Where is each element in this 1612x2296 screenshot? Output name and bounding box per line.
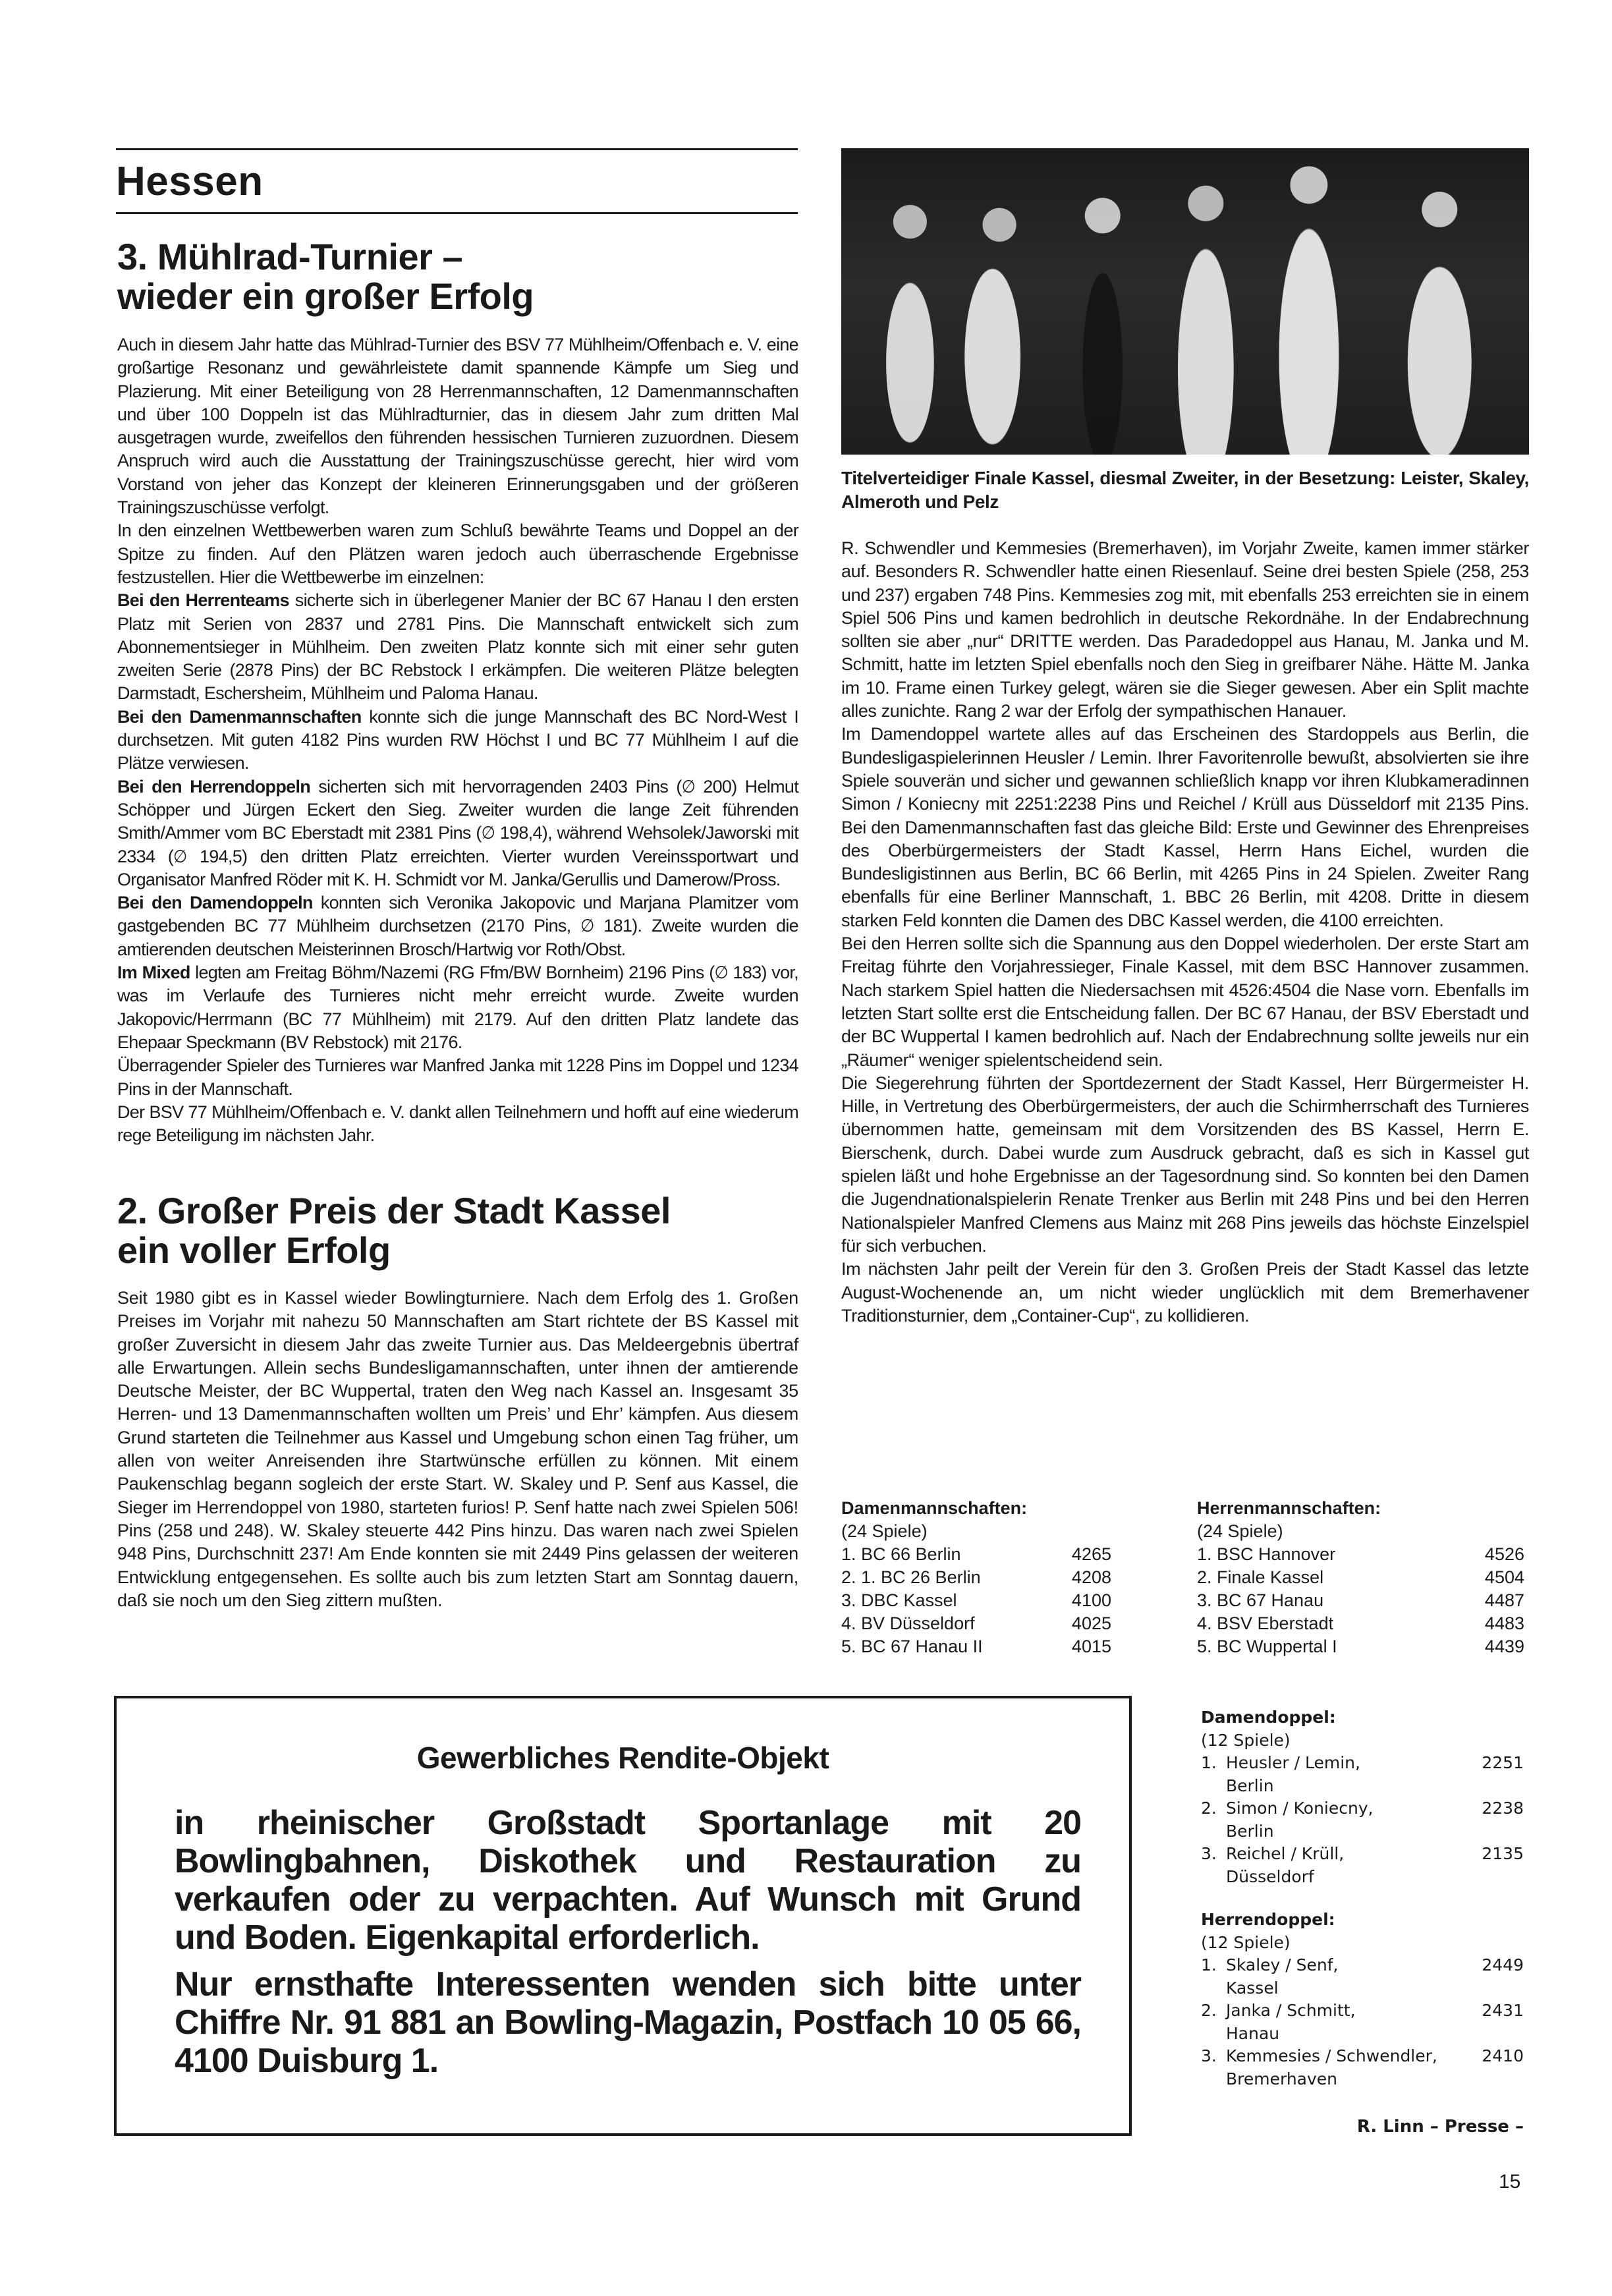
article1-paragraph: Der BSV 77 Mühlheim/Offenbach e. V. dank… [117,1101,798,1148]
results-subtitle: (24 Spiele) [841,1520,1111,1543]
result-row: 3.DBC Kassel4100 [841,1589,1111,1612]
author-credit: R. Linn – Presse – [1201,2117,1524,2137]
article1-body: Auch in diesem Jahr hatte das Mühlrad-Tu… [117,333,798,1147]
result-row: 4.BV Düsseldorf4025 [841,1612,1111,1635]
article2-paragraph: Im Damendoppel wartete alles auf das Ers… [841,723,1529,932]
results-subtitle: (12 Spiele) [1201,1932,1524,1955]
results-subtitle: (12 Spiele) [1201,1729,1524,1752]
result-row: 2.Janka / Schmitt,2431 [1201,2000,1524,2023]
results-title: Herrendoppel: [1201,1909,1524,1932]
result-row: 2.Finale Kassel4504 [1197,1566,1524,1589]
article1-paragraph: Überragender Spieler des Turnieres war M… [117,1054,798,1101]
results-herrenmannschaften: Herrenmannschaften: (24 Spiele) 1.BSC Ha… [1197,1497,1524,1658]
article2-title: 2. Großer Preis der Stadt Kassel ein vol… [117,1191,796,1270]
team-photo [841,148,1529,455]
section-rule-bottom [116,212,798,214]
result-row: 1.BSC Hannover4526 [1197,1543,1524,1566]
result-row: 1.BC 66 Berlin4265 [841,1543,1111,1566]
article2-left-body: Seit 1980 gibt es in Kassel wieder Bowli… [117,1287,798,1612]
ad-body: in rheinischer Großstadt Sportanlage mit… [175,1804,1081,1957]
article2-title-line2: ein voller Erfolg [117,1231,796,1270]
section-title: Hessen [116,161,264,202]
article2-paragraph: Seit 1980 gibt es in Kassel wieder Bowli… [117,1287,798,1612]
result-row: 3.Reichel / Krüll,2135 [1201,1843,1524,1866]
article1-title: 3. Mühlrad-Turnier – wieder ein großer E… [117,237,796,316]
section-rule-top [116,148,798,150]
article2-right-body: R. Schwendler und Kemmesies (Bremerhaven… [841,537,1529,1328]
page-number: 15 [1499,2171,1520,2193]
result-row: 2.Simon / Koniecny,2238 [1201,1797,1524,1820]
article1-paragraph-herrendoppeln: Bei den Herrendoppeln sicherten sich mit… [117,775,798,891]
article2-title-line1: 2. Großer Preis der Stadt Kassel [117,1191,796,1231]
article2-paragraph: R. Schwendler und Kemmesies (Bremerhaven… [841,537,1529,723]
results-damendoppel: Damendoppel: (12 Spiele) 1.Heusler / Lem… [1201,1706,1524,1888]
result-row: 5.BC Wuppertal I4439 [1197,1635,1524,1658]
result-row-city: Düsseldorf [1201,1866,1524,1889]
article1-paragraph: Auch in diesem Jahr hatte das Mühlrad-Tu… [117,333,798,519]
result-row: 1.Skaley / Senf,2449 [1201,1954,1524,1977]
article1-title-line2: wieder ein großer Erfolg [117,277,796,316]
result-row-city: Hanau [1201,2023,1524,2046]
article1-paragraph-mixed: Im Mixed legten am Freitag Böhm/Nazemi (… [117,961,798,1054]
results-subtitle: (24 Spiele) [1197,1520,1524,1543]
article1-title-line1: 3. Mühlrad-Turnier – [117,237,796,277]
photo-caption: Titelverteidiger Finale Kassel, diesmal … [841,466,1529,514]
result-row-city: Berlin [1201,1775,1524,1798]
article2-paragraph: Die Siegerehrung führten der Sportdezern… [841,1072,1529,1258]
result-row: 3.Kemmesies / Schwendler,2410 [1201,2045,1524,2068]
classified-ad: Gewerbliches Rendite-Objekt in rheinisch… [114,1696,1132,2136]
result-row: 5.BC 67 Hanau II4015 [841,1635,1111,1658]
result-row: 1.Heusler / Lemin,2251 [1201,1752,1524,1775]
article1-paragraph-damenmannschaften: Bei den Damenmannschaften konnte sich di… [117,706,798,775]
article1-paragraph: In den einzelnen Wettbewerben waren zum … [117,519,798,589]
result-row: 3.BC 67 Hanau4487 [1197,1589,1524,1612]
ad-title: Gewerbliches Rendite-Objekt [117,1741,1129,1774]
results-title: Damenmannschaften: [841,1497,1111,1520]
article2-paragraph: Im nächsten Jahr peilt der Verein für de… [841,1258,1529,1328]
results-damenmannschaften: Damenmannschaften: (24 Spiele) 1.BC 66 B… [841,1497,1111,1658]
results-title: Damendoppel: [1201,1706,1524,1729]
result-row: 2.1. BC 26 Berlin4208 [841,1566,1111,1589]
article2-paragraph: Bei den Herren sollte sich die Spannung … [841,932,1529,1072]
result-row: 4.BSV Eberstadt4483 [1197,1612,1524,1635]
result-row-city: Berlin [1201,1820,1524,1843]
results-herrendoppel: Herrendoppel: (12 Spiele) 1.Skaley / Sen… [1201,1909,1524,2090]
article1-paragraph-herrenteams: Bei den Herrenteams sicherte sich in übe… [117,589,798,705]
article1-paragraph-damendoppeln: Bei den Damendoppeln konnten sich Veroni… [117,891,798,961]
result-row-city: Bremerhaven [1201,2068,1524,2091]
ad-contact: Nur ernsthafte Interessenten wenden sich… [175,1965,1081,2080]
result-row-city: Kassel [1201,1977,1524,2000]
results-title: Herrenmannschaften: [1197,1497,1524,1520]
